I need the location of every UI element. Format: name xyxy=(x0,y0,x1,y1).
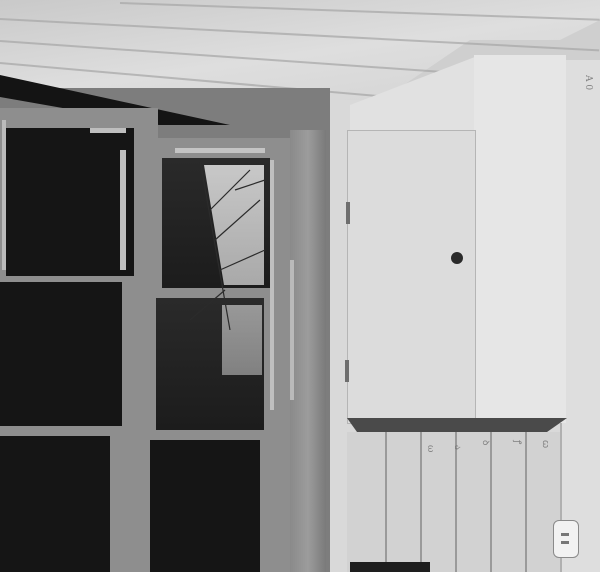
key-in-lock xyxy=(451,252,463,264)
cabinet-side xyxy=(474,55,566,423)
side-door xyxy=(560,60,600,572)
photograph: A 0 ω ა ꝺ ꝭ ꞷ Black-and-white photograph… xyxy=(0,0,600,572)
peeling-paint xyxy=(120,150,126,270)
board-seam xyxy=(525,432,527,572)
pencil-mark: ꞷ xyxy=(540,440,549,448)
window-pane xyxy=(150,440,260,572)
wall-socket xyxy=(553,520,579,558)
door-pencil-marks: A 0 xyxy=(583,75,592,90)
peeling-paint xyxy=(290,260,294,400)
floor-shadow xyxy=(350,562,430,572)
peeling-paint xyxy=(90,128,126,133)
window-pane xyxy=(0,282,122,426)
pencil-mark: ꝺ xyxy=(480,440,489,445)
board-paneling xyxy=(347,432,560,572)
socket-hole xyxy=(561,533,569,536)
window-casing xyxy=(290,130,326,572)
window-pane xyxy=(6,128,134,276)
pencil-mark: ა xyxy=(452,445,461,450)
peeling-paint xyxy=(175,148,265,153)
cabinet-door xyxy=(347,130,476,424)
pencil-mark: ꝭ xyxy=(512,440,521,444)
pencil-mark: ω xyxy=(425,445,434,452)
socket-hole xyxy=(561,541,569,544)
board-seam xyxy=(385,432,387,572)
board-seam xyxy=(490,432,492,572)
window-pane xyxy=(0,436,110,572)
peeling-paint xyxy=(2,120,6,270)
bare-tree-branches xyxy=(160,160,270,330)
hinge xyxy=(345,360,349,382)
board-seam xyxy=(420,432,422,572)
cabinet-bottom-shadow xyxy=(347,418,567,432)
board-seam xyxy=(455,432,457,572)
hinge xyxy=(346,202,350,224)
peeling-paint xyxy=(270,160,274,410)
